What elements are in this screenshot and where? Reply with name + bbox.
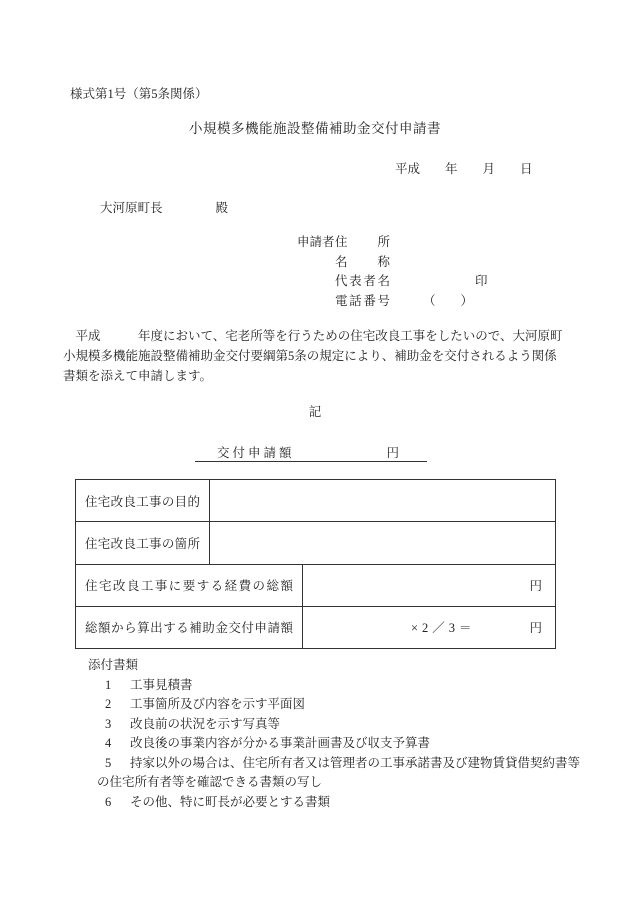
row-label: 総額から算出する補助金交付申請額 (85, 618, 293, 636)
row-value-cell (210, 522, 555, 563)
date-line: 平成 年 月 日 (395, 159, 533, 179)
application-amount-line: 交付申請額 円 (195, 446, 427, 462)
addressee-line: 大河原町長 殿 (100, 198, 228, 218)
phone-field-label: 電話番号 (335, 292, 390, 312)
row-value-cell: ×2／3＝ 円 (303, 607, 555, 648)
calculation-formula: ×2／3＝ (411, 618, 476, 636)
address-field-label: 住所 (335, 233, 390, 253)
row-label-cell: 住宅改良工事に要する経費の総額 (76, 565, 303, 606)
item-number: 6 (105, 793, 130, 813)
document-title: 小規模多機能施設整備補助金交付申請書 (0, 119, 630, 139)
row-value-cell (210, 480, 555, 521)
applicant-label: 申請者 (297, 233, 335, 253)
unit-yen: 円 (529, 576, 542, 594)
form-number: 様式第1号（第5条関係） (70, 84, 208, 104)
row-label-cell: 住宅改良工事の目的 (76, 480, 210, 521)
amount-unit-yen: 円 (386, 446, 427, 460)
table-row-subsidy-amount: 総額から算出する補助金交付申請額 ×2／3＝ 円 (76, 606, 555, 648)
row-label-cell: 総額から算出する補助金交付申請額 (76, 607, 303, 648)
row-label-cell: 住宅改良工事の箇所 (76, 522, 210, 563)
attachments-header: 添付書類 (88, 656, 580, 676)
row-value-cell: 円 (303, 565, 555, 606)
application-form-page: 様式第1号（第5条関係） 小規模多機能施設整備補助金交付申請書 平成 年 月 日… (0, 0, 630, 916)
attachment-item: 1工事見積書 (75, 676, 580, 696)
item-text: 工事箇所及び内容を示す平面図 (130, 697, 305, 711)
body-line-3: 書類を添えて申請します。 (63, 366, 583, 386)
attachment-item: 2工事箇所及び内容を示す平面図 (75, 695, 580, 715)
applicant-row-representative: 代表者名 印 (297, 272, 557, 292)
applicant-block: 申請者 住所 名称 代表者名 印 電話番号 （ ） (297, 233, 557, 311)
item-number: 4 (105, 734, 130, 754)
seal-mark: 印 (475, 272, 488, 292)
item-text: 工事見積書 (130, 678, 193, 692)
body-line-2: 小規模多機能施設整備補助金交付要綱第5条の規定により、補助金を交付されるよう関係 (63, 346, 583, 366)
item-number: 3 (105, 715, 130, 735)
applicant-row-address: 申請者 住所 (297, 233, 557, 253)
attachments-section: 添付書類 1工事見積書 2工事箇所及び内容を示す平面図 3改良前の状況を示す写真… (75, 656, 580, 812)
body-line-1: 平成 年度において、宅老所等を行うための住宅改良工事をしたいので、大河原町 (63, 326, 583, 346)
body-paragraph: 平成 年度において、宅老所等を行うための住宅改良工事をしたいので、大河原町 小規… (63, 326, 583, 386)
table-row-location: 住宅改良工事の箇所 (76, 521, 555, 563)
item-number: 2 (105, 695, 130, 715)
item-text: 持家以外の場合は、住宅所有者又は管理者の工事承諾書及び建物賃貸借契約書等 (130, 756, 580, 770)
row-label: 住宅改良工事の箇所 (85, 534, 200, 552)
attachment-item-continuation: の住宅所有者等を確認できる書類の写し (75, 773, 580, 793)
row-label: 住宅改良工事の目的 (85, 492, 200, 510)
subsidy-table: 住宅改良工事の目的 住宅改良工事の箇所 住宅改良工事に要する経費の総額 円 総額… (75, 479, 556, 649)
attachment-item: 6その他、特に町長が必要とする書類 (75, 793, 580, 813)
representative-field-label: 代表者名 (335, 272, 390, 292)
applicant-row-phone: 電話番号 （ ） (297, 292, 557, 312)
unit-yen: 円 (529, 618, 542, 636)
addressee-name: 大河原町長 (100, 198, 163, 218)
item-number: 1 (105, 676, 130, 696)
addressee-honorific: 殿 (216, 198, 229, 218)
attachment-item: 5持家以外の場合は、住宅所有者又は管理者の工事承諾書及び建物賃貸借契約書等 (75, 754, 580, 774)
table-row-purpose: 住宅改良工事の目的 (76, 480, 555, 521)
name-field-label: 名称 (335, 253, 390, 273)
item-text: 改良前の状況を示す写真等 (130, 717, 280, 731)
amount-label: 交付申請額 (195, 446, 295, 460)
row-label: 住宅改良工事に要する経費の総額 (85, 576, 293, 594)
table-row-total-cost: 住宅改良工事に要する経費の総額 円 (76, 564, 555, 606)
phone-parentheses: （ ） (423, 292, 473, 312)
section-marker-ki: 記 (0, 402, 630, 422)
item-text: その他、特に町長が必要とする書類 (130, 795, 330, 809)
attachment-item: 3改良前の状況を示す写真等 (75, 715, 580, 735)
applicant-row-name: 名称 (297, 253, 557, 273)
item-text: 改良後の事業内容が分かる事業計画書及び収支予算書 (130, 736, 430, 750)
attachment-item: 4改良後の事業内容が分かる事業計画書及び収支予算書 (75, 734, 580, 754)
item-number: 5 (105, 754, 130, 774)
